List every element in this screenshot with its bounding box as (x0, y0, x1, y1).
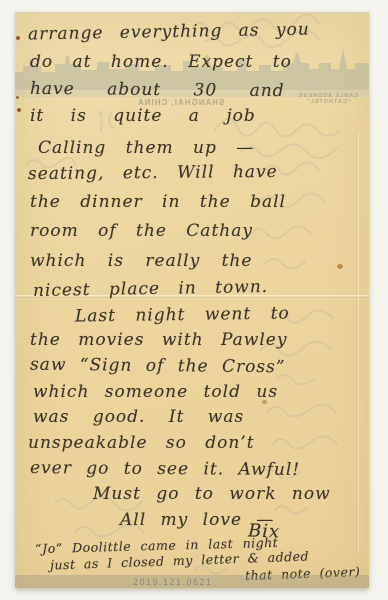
letter-line-16: unspeakable so don’t (28, 433, 255, 453)
letter-line-11: Last night went to (75, 304, 290, 327)
foxing-spot (16, 36, 20, 40)
letter-line-5: Calling them up — (38, 138, 254, 158)
letter-line-3: have about 30 and (30, 79, 285, 101)
letter-line-15: was good. It was (33, 407, 244, 427)
foxing-spot (17, 108, 21, 112)
letter-line-13: saw “Sign of the Cross” (30, 355, 286, 378)
letter-line-17: ever go to see it. Awful! (30, 458, 300, 480)
vertical-crease (356, 132, 359, 552)
letter-line-14: which someone told us (33, 382, 278, 402)
letter-paper: SHANGHAI, CHINA CABLE ADDRESS “CATHOTEL” (15, 12, 369, 588)
letter-line-6: seating, etc. Will have (28, 162, 278, 184)
letter-line-12: the movies with Pawley (30, 330, 287, 350)
accession-number: 2019.121.0621 (133, 577, 213, 587)
letter-line-10: nicest place in town. (33, 277, 268, 301)
foxing-spot (16, 96, 19, 99)
letter-line-9: which is really the (30, 251, 252, 271)
letter-line-18: Must go to work now (93, 484, 331, 504)
letter-line-2: do at home. Expect to (30, 52, 292, 72)
foxing-spot (337, 264, 343, 269)
letter-line-7: the dinner in the ball (30, 192, 286, 212)
letter-line-4: it is quite a job (30, 106, 256, 126)
letter-line-8: room of the Cathay (30, 221, 253, 241)
